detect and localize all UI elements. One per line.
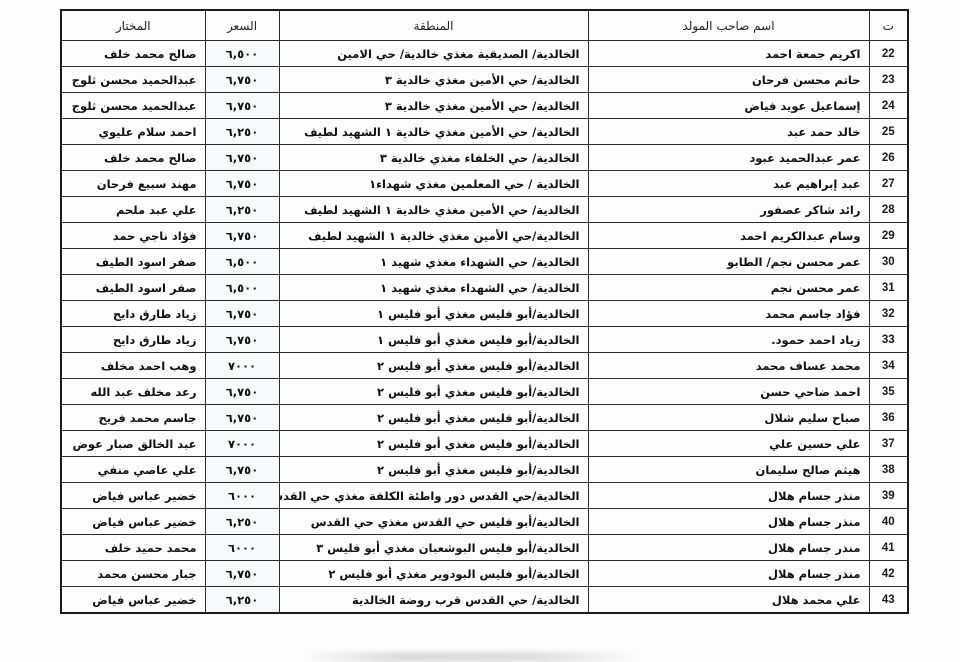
- table-row: 26عمر عبدالحميد عبودالخالدية/ حي الخلفاء…: [61, 145, 908, 171]
- area: الخالدية/ حي الشهداء مغذي شهيد ١: [279, 275, 588, 301]
- table-row: 41منذر جسام هلالالخالدية/أبو فليس البوشع…: [61, 535, 908, 561]
- price: ٦٠٠٠: [205, 483, 279, 509]
- area: الخالدية/أبو فليس حي القدس مغذي حي القدس: [279, 509, 588, 535]
- table-row: 37علي حسين عليالخالدية/أبو فليس مغذي أبو…: [61, 431, 908, 457]
- price: ٦,٥٠٠: [205, 275, 279, 301]
- owner-name: إسماعيل عويد فياض: [588, 93, 869, 119]
- owner-name: منذر جسام هلال: [588, 535, 869, 561]
- price: ٦,٥٠٠: [205, 249, 279, 275]
- mukhtar-name: جاسم محمد فريح: [61, 405, 205, 431]
- generator-owners-table: ت اسم صاحب المولد المنطقة السعر المختار …: [60, 9, 909, 614]
- table-header: ت اسم صاحب المولد المنطقة السعر المختار: [61, 10, 908, 41]
- scan-smudge: [300, 652, 640, 662]
- area: الخالدية/ حي الأمين مغذي خالدية ٣: [279, 93, 588, 119]
- owner-name: وسام عبدالكريم احمد: [588, 223, 869, 249]
- header-owner-name: اسم صاحب المولد: [588, 10, 869, 41]
- mukhtar-name: خضير عباس فياض: [61, 509, 205, 535]
- row-number: 33: [869, 327, 908, 353]
- mukhtar-name: محمد حميد خلف: [61, 535, 205, 561]
- row-number: 35: [869, 379, 908, 405]
- table-row: 28رائد شاكر عصفورالخالدية/ حي الأمين مغذ…: [61, 197, 908, 223]
- mukhtar-name: صالح محمد خلف: [61, 41, 205, 67]
- table-row: 29وسام عبدالكريم احمدالخالدية/حي الأمين …: [61, 223, 908, 249]
- mukhtar-name: علي عاصي منفي: [61, 457, 205, 483]
- row-number: 32: [869, 301, 908, 327]
- price: ٦,٧٥٠: [205, 223, 279, 249]
- header-number: ت: [869, 10, 908, 41]
- owner-name: احمد ضاحي حسن: [588, 379, 869, 405]
- price: ٦,٧٥٠: [205, 301, 279, 327]
- row-number: 34: [869, 353, 908, 379]
- price: ٦,٧٥٠: [205, 405, 279, 431]
- row-number: 29: [869, 223, 908, 249]
- table-row: 22اكريم جمعة احمدالخالدية/ الصديقية مغذي…: [61, 41, 908, 67]
- mukhtar-name: عبدالحميد محسن ثلوج: [61, 67, 205, 93]
- table-row: 34محمد عساف محمدالخالدية/أبو فليس مغذي أ…: [61, 353, 908, 379]
- price: ٦,٧٥٠: [205, 379, 279, 405]
- area: الخالدية/أبو فليس مغذي أبو فليس ٢: [279, 457, 588, 483]
- price: ٦,٢٥٠: [205, 119, 279, 145]
- table-row: 33زياد احمد حمود.الخالدية/أبو فليس مغذي …: [61, 327, 908, 353]
- price: ٦,٧٥٠: [205, 457, 279, 483]
- table-row: 24إسماعيل عويد فياضالخالدية/ حي الأمين م…: [61, 93, 908, 119]
- price: ٦,٧٥٠: [205, 67, 279, 93]
- price: ٦,٧٥٠: [205, 93, 279, 119]
- area: الخالدية/ حي القدس قرب روضة الخالدية: [279, 587, 588, 614]
- table-body: 22اكريم جمعة احمدالخالدية/ الصديقية مغذي…: [61, 41, 908, 614]
- owner-name: علي حسين علي: [588, 431, 869, 457]
- area: الخالدية/ حي الشهداء مغذي شهيد ١: [279, 249, 588, 275]
- price: ٦,٢٥٠: [205, 587, 279, 614]
- price: ٦,٧٥٠: [205, 327, 279, 353]
- owner-name: عبد إبراهيم عبد: [588, 171, 869, 197]
- area: الخالدية/أبو فليس مغذي أبو فليس ١: [279, 301, 588, 327]
- area: الخالدية/ الصديقية مغذي خالدية/ حي الامي…: [279, 41, 588, 67]
- row-number: 23: [869, 67, 908, 93]
- area: الخالدية/ حي الخلفاء مغذي خالدية ٣: [279, 145, 588, 171]
- owner-name: محمد عساف محمد: [588, 353, 869, 379]
- owner-name: زياد احمد حمود.: [588, 327, 869, 353]
- header-row: ت اسم صاحب المولد المنطقة السعر المختار: [61, 10, 908, 41]
- row-number: 31: [869, 275, 908, 301]
- row-number: 40: [869, 509, 908, 535]
- table-row: 43علي محمد هلالالخالدية/ حي القدس قرب رو…: [61, 587, 908, 614]
- area: الخالدية/أبو فليس البوشعبان مغذي أبو فلي…: [279, 535, 588, 561]
- table-row: 42منذر جسام هلالالخالدية/أبو فليس البودو…: [61, 561, 908, 587]
- area: الخالدية/ حي الأمين مغذي خالدية ١ الشهيد…: [279, 197, 588, 223]
- owner-name: حاتم محسن فرحان: [588, 67, 869, 93]
- owner-name: رائد شاكر عصفور: [588, 197, 869, 223]
- area: الخالدية/أبو فليس مغذي أبو فليس ٢: [279, 431, 588, 457]
- mukhtar-name: مهند سبيع فرحان: [61, 171, 205, 197]
- owner-name: عمر محسن نجم/ الطابو: [588, 249, 869, 275]
- price: ٦,٢٥٠: [205, 509, 279, 535]
- owner-name: اكريم جمعة احمد: [588, 41, 869, 67]
- row-number: 22: [869, 41, 908, 67]
- row-number: 24: [869, 93, 908, 119]
- row-number: 28: [869, 197, 908, 223]
- area: الخالدية/أبو فليس مغذي أبو فليس ١: [279, 327, 588, 353]
- table-row: 39منذر جسام هلالالخالدية/حي القدس دور وا…: [61, 483, 908, 509]
- mukhtar-name: وهب احمد مخلف: [61, 353, 205, 379]
- owner-name: منذر جسام هلال: [588, 483, 869, 509]
- price: ٧٠٠٠: [205, 353, 279, 379]
- owner-name: عمر محسن نجم: [588, 275, 869, 301]
- price: ٦,٧٥٠: [205, 171, 279, 197]
- area: الخالدية/أبو فليس البودوير مغذي أبو فليس…: [279, 561, 588, 587]
- area: الخالدية/حي القدس دور واطئة الكلفة مغذي …: [279, 483, 588, 509]
- table-row: 38هيثم صالح سليمانالخالدية/أبو فليس مغذي…: [61, 457, 908, 483]
- owner-name: فؤاد جاسم محمد: [588, 301, 869, 327]
- mukhtar-name: فؤاد ناجي حمد: [61, 223, 205, 249]
- area: الخالدية/حي الأمين مغذي خالدية ١ الشهيد …: [279, 223, 588, 249]
- table-row: 30عمر محسن نجم/ الطابوالخالدية/ حي الشهد…: [61, 249, 908, 275]
- table-row: 40منذر جسام هلالالخالدية/أبو فليس حي الق…: [61, 509, 908, 535]
- mukhtar-name: صفر اسود الطيف: [61, 275, 205, 301]
- scanned-document-page: ت اسم صاحب المولد المنطقة السعر المختار …: [0, 0, 960, 662]
- mukhtar-name: علي عبد ملحم: [61, 197, 205, 223]
- price: ٦,٧٥٠: [205, 561, 279, 587]
- owner-name: منذر جسام هلال: [588, 509, 869, 535]
- mukhtar-name: زياد طارق دايح: [61, 301, 205, 327]
- table-row: 32فؤاد جاسم محمدالخالدية/أبو فليس مغذي أ…: [61, 301, 908, 327]
- price: ٦,٢٥٠: [205, 197, 279, 223]
- mukhtar-name: صالح محمد خلف: [61, 145, 205, 171]
- owner-name: عمر عبدالحميد عبود: [588, 145, 869, 171]
- header-mukhtar: المختار: [61, 10, 205, 41]
- row-number: 39: [869, 483, 908, 509]
- area: الخالدية / حي المعلمين مغذي شهداء١: [279, 171, 588, 197]
- table-row: 27عبد إبراهيم عبدالخالدية / حي المعلمين …: [61, 171, 908, 197]
- mukhtar-name: جبار محسن محمد: [61, 561, 205, 587]
- table-row: 36صباح سليم شلالالخالدية/أبو فليس مغذي أ…: [61, 405, 908, 431]
- price: ٧٠٠٠: [205, 431, 279, 457]
- row-number: 37: [869, 431, 908, 457]
- price: ٦,٧٥٠: [205, 145, 279, 171]
- row-number: 42: [869, 561, 908, 587]
- table-row: 35احمد ضاحي حسنالخالدية/أبو فليس مغذي أب…: [61, 379, 908, 405]
- price: ٦٠٠٠: [205, 535, 279, 561]
- owner-name: علي محمد هلال: [588, 587, 869, 614]
- row-number: 41: [869, 535, 908, 561]
- area: الخالدية/أبو فليس مغذي أبو فليس ٢: [279, 405, 588, 431]
- row-number: 43: [869, 587, 908, 614]
- row-number: 27: [869, 171, 908, 197]
- mukhtar-name: صفر اسود الطيف: [61, 249, 205, 275]
- area: الخالدية/ حي الأمين مغذي خالدية ٣: [279, 67, 588, 93]
- area: الخالدية/ حي الأمين مغذي خالدية ١ الشهيد…: [279, 119, 588, 145]
- owner-name: هيثم صالح سليمان: [588, 457, 869, 483]
- row-number: 26: [869, 145, 908, 171]
- table-row: 25خالد حمد عبدالخالدية/ حي الأمين مغذي خ…: [61, 119, 908, 145]
- owner-name: صباح سليم شلال: [588, 405, 869, 431]
- mukhtar-name: عبدالحميد محسن ثلوج: [61, 93, 205, 119]
- owner-name: منذر جسام هلال: [588, 561, 869, 587]
- table-row: 31عمر محسن نجمالخالدية/ حي الشهداء مغذي …: [61, 275, 908, 301]
- row-number: 30: [869, 249, 908, 275]
- row-number: 36: [869, 405, 908, 431]
- area: الخالدية/أبو فليس مغذي أبو فليس ٢: [279, 379, 588, 405]
- row-number: 25: [869, 119, 908, 145]
- mukhtar-name: خضير عباس فياض: [61, 587, 205, 614]
- table-row: 23حاتم محسن فرحانالخالدية/ حي الأمين مغذ…: [61, 67, 908, 93]
- mukhtar-name: عبد الخالق صبار عوض: [61, 431, 205, 457]
- owner-name: خالد حمد عبد: [588, 119, 869, 145]
- mukhtar-name: رعد مخلف عبد الله: [61, 379, 205, 405]
- price: ٦,٥٠٠: [205, 41, 279, 67]
- mukhtar-name: احمد سلام عليوي: [61, 119, 205, 145]
- area: الخالدية/أبو فليس مغذي أبو فليس ٢: [279, 353, 588, 379]
- header-area: المنطقة: [279, 10, 588, 41]
- mukhtar-name: زياد طارق دايح: [61, 327, 205, 353]
- row-number: 38: [869, 457, 908, 483]
- header-price: السعر: [205, 10, 279, 41]
- mukhtar-name: خضير عباس فياض: [61, 483, 205, 509]
